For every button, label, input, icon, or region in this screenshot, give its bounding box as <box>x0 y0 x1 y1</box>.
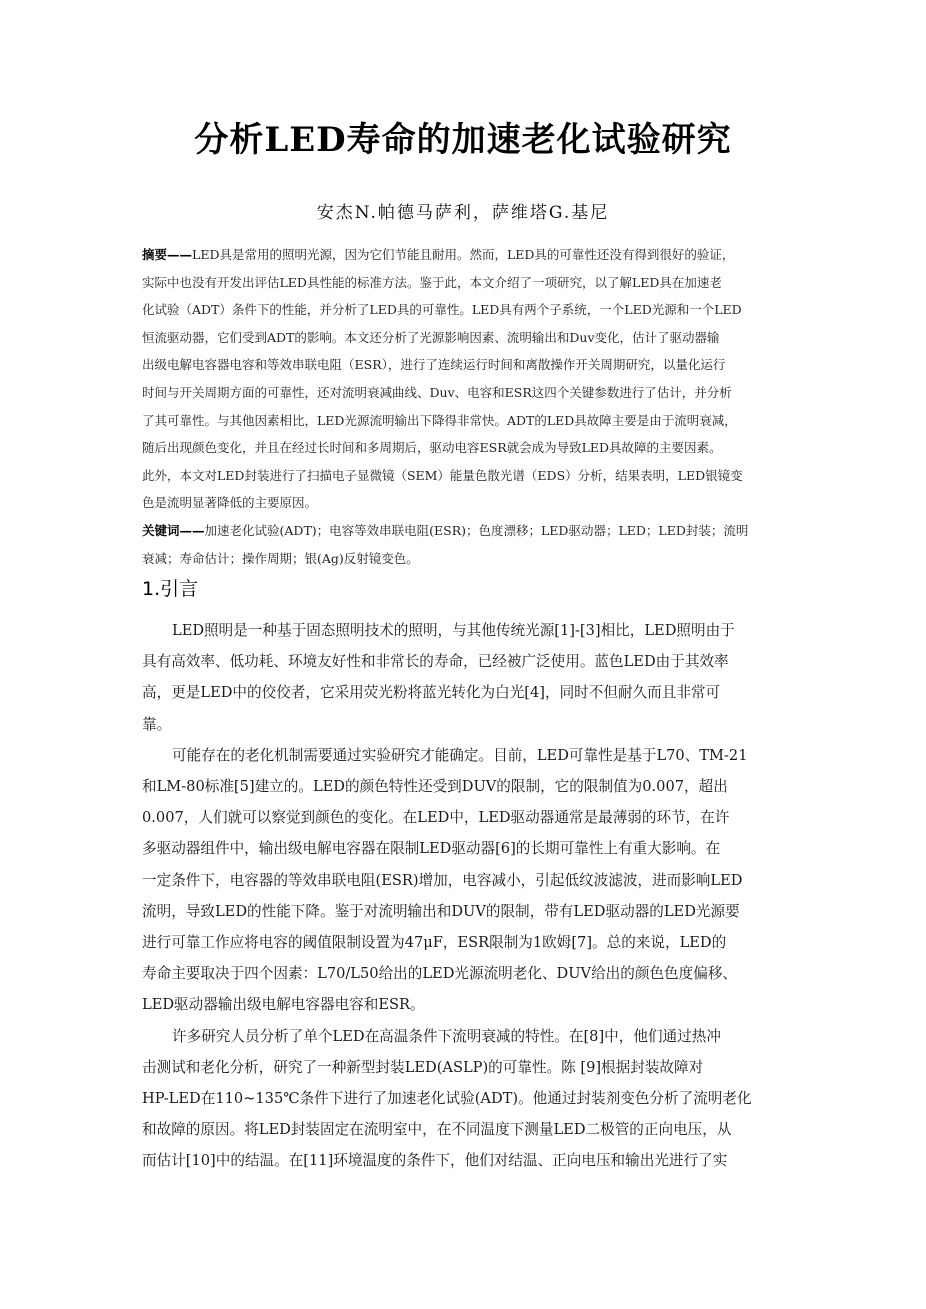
abstract-line: 恒流驱动器，它们受到ADT的影响。本文还分析了光源影响因素、流明输出和Duv变化… <box>142 324 790 352</box>
abstract-line: 色是流明显著降低的主要原因。 <box>142 489 790 517</box>
paragraph-line: 许多研究人员分析了单个LED在高温条件下流明衰减的特性。在[8]中，他们通过热冲 <box>142 1021 790 1052</box>
keywords-text: 加速老化试验(ADT)；电容等效串联电阻(ESR)；色度漂移；LED驱动器；LE… <box>205 523 749 538</box>
abstract-line: 实际中也没有开发出评估LED具性能的标准方法。鉴于此，本文介绍了一项研究，以了解… <box>142 269 790 297</box>
paragraph-line: 流明，导致LED的性能下降。鉴于对流明输出和DUV的限制，带有LED驱动器的LE… <box>142 896 790 927</box>
paragraph-line: 和LM-80标准[5]建立的。LED的颜色特性还受到DUV的限制，它的限制值为0… <box>142 771 790 802</box>
paper-title: 分析LED寿命的加速老化试验研究 <box>0 116 926 164</box>
paragraph-line: 进行可靠工作应将电容的阈值限制设置为47μF，ESR限制为1欧姆[7]。总的来说… <box>142 927 790 958</box>
paragraph-line: 靠。 <box>142 709 790 740</box>
abstract-line: 摘要——LED具是常用的照明光源，因为它们节能且耐用。然而，LED具的可靠性还没… <box>142 241 790 269</box>
abstract-label: 摘要—— <box>142 247 192 262</box>
paragraph-3: 许多研究人员分析了单个LED在高温条件下流明衰减的特性。在[8]中，他们通过热冲… <box>142 1021 790 1177</box>
abstract-line: 随后出现颜色变化，并且在经过长时间和多周期后，驱动电容ESR就会成为导致LED具… <box>142 434 790 462</box>
paragraph-1: LED照明是一种基于固态照明技术的照明，与其他传统光源[1]-[3]相比，LED… <box>142 615 790 740</box>
abstract-line: 此外，本文对LED封装进行了扫描电子显微镜（SEM）能量色散光谱（EDS）分析，… <box>142 462 790 490</box>
document-page: 分析LED寿命的加速老化试验研究 安杰N.帕德马萨利，萨维塔G.基尼 摘要——L… <box>0 0 926 1309</box>
keywords-line: 衰减；寿命估计；操作周期；银(Ag)反射镜变色。 <box>142 545 790 573</box>
body-text: LED照明是一种基于固态照明技术的照明，与其他传统光源[1]-[3]相比，LED… <box>142 615 790 1177</box>
paragraph-line: 多驱动器组件中，输出级电解电容器在限制LED驱动器[6]的长期可靠性上有重大影响… <box>142 833 790 864</box>
paragraph-line: 击测试和老化分析，研究了一种新型封装LED(ASLP)的可靠性。陈 [9]根据封… <box>142 1052 790 1083</box>
paragraph-line: 具有高效率、低功耗、环境友好性和非常长的寿命，已经被广泛使用。蓝色LED由于其效… <box>142 646 790 677</box>
paragraph-line: 和故障的原因。将LED封装固定在流明室中，在不同温度下测量LED二极管的正向电压… <box>142 1114 790 1145</box>
paragraph-line: 寿命主要取决于四个因素：L70/L50给出的LED光源流明老化、DUV给出的颜色… <box>142 958 790 989</box>
section-heading-introduction: 1.引言 <box>142 574 198 604</box>
paragraph-line: LED照明是一种基于固态照明技术的照明，与其他传统光源[1]-[3]相比，LED… <box>142 615 790 646</box>
paragraph-line: 而估计[10]中的结温。在[11]环境温度的条件下，他们对结温、正向电压和输出光… <box>142 1145 790 1176</box>
keywords-line: 关键词——加速老化试验(ADT)；电容等效串联电阻(ESR)；色度漂移；LED驱… <box>142 517 790 545</box>
abstract-line: 化试验（ADT）条件下的性能，并分析了LED具的可靠性。LED具有两个子系统，一… <box>142 296 790 324</box>
abstract-line: 时间与开关周期方面的可靠性，还对流明衰减曲线、Duv、电容和ESR这四个关键参数… <box>142 379 790 407</box>
paragraph-line: 0.007，人们就可以察觉到颜色的变化。在LED中，LED驱动器通常是最薄弱的环… <box>142 802 790 833</box>
abstract-line: 出级电解电容器电容和等效串联电阻（ESR），进行了连续运行时间和离散操作开关周期… <box>142 351 790 379</box>
paragraph-line: 高，更是LED中的佼佼者，它采用荧光粉将蓝光转化为白光[4]，同时不但耐久而且非… <box>142 677 790 708</box>
paragraph-line: LED驱动器输出级电解电容器电容和ESR。 <box>142 989 790 1020</box>
keywords-label: 关键词—— <box>142 523 205 538</box>
paragraph-line: 可能存在的老化机制需要通过实验研究才能确定。目前，LED可靠性是基于L70、TM… <box>142 740 790 771</box>
paragraph-line: HP-LED在110~135℃条件下进行了加速老化试验(ADT)。他通过封装剂变… <box>142 1083 790 1114</box>
author-list: 安杰N.帕德马萨利，萨维塔G.基尼 <box>0 200 926 226</box>
abstract-line: 了其可靠性。与其他因素相比，LED光源流明输出下降得非常快。ADT的LED具故障… <box>142 407 790 435</box>
paragraph-line: 一定条件下，电容器的等效串联电阻(ESR)增加，电容减小，引起低纹波滤波，进而影… <box>142 865 790 896</box>
abstract-block: 摘要——LED具是常用的照明光源，因为它们节能且耐用。然而，LED具的可靠性还没… <box>142 241 790 572</box>
abstract-text: LED具是常用的照明光源，因为它们节能且耐用。然而，LED具的可靠性还没有得到很… <box>192 247 734 262</box>
paragraph-2: 可能存在的老化机制需要通过实验研究才能确定。目前，LED可靠性是基于L70、TM… <box>142 740 790 1021</box>
